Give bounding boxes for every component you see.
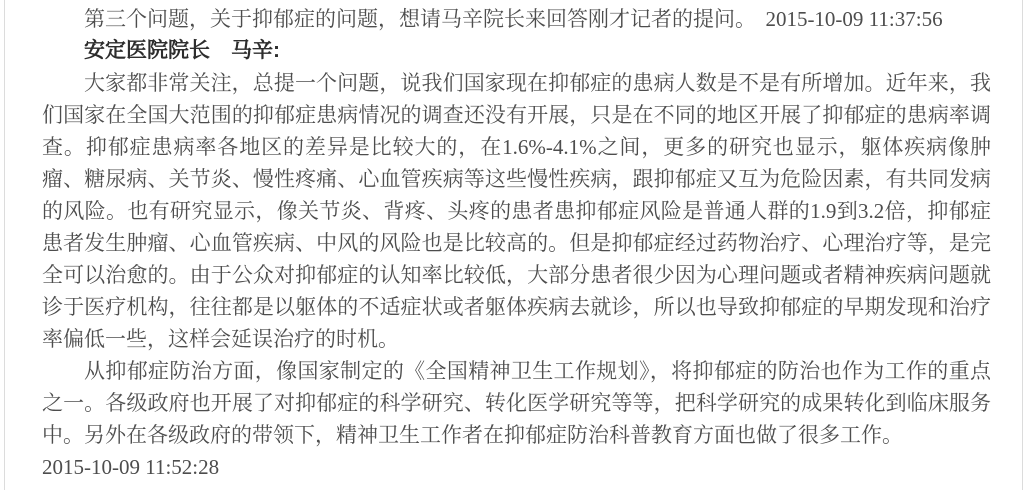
moderator-question-line: 第三个问题，关于抑郁症的问题，想请马辛院长来回答刚才记者的提问。2015-10-…	[42, 3, 991, 35]
moderator-question-text: 第三个问题，关于抑郁症的问题，想请马辛院长来回答刚才记者的提问。	[84, 7, 756, 31]
transcript-page: 第三个问题，关于抑郁症的问题，想请马辛院长来回答刚才记者的提问。2015-10-…	[4, 0, 1023, 490]
answer-paragraph-2: 从抑郁症防治方面，像国家制定的《全国精神卫生工作规划》，将抑郁症的防治也作为工作…	[42, 355, 991, 451]
answer-paragraph-1: 大家都非常关注，总提一个问题，说我们国家现在抑郁症的患病人数是不是有所增加。近年…	[42, 67, 991, 355]
end-timestamp: 2015-10-09 11:52:28	[42, 451, 991, 483]
transcript-body: 第三个问题，关于抑郁症的问题，想请马辛院长来回答刚才记者的提问。2015-10-…	[42, 3, 991, 483]
speaker-heading: 安定医院院长 马辛:	[42, 35, 991, 67]
question-timestamp: 2015-10-09 11:37:56	[765, 7, 942, 31]
